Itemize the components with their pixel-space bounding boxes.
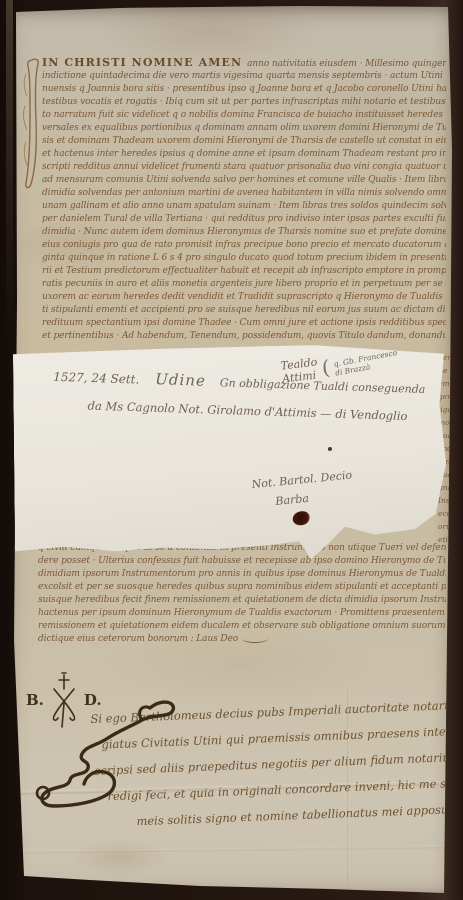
manuscript-line: et pertinentibus · Ad habendum, Tenendum… (42, 330, 446, 343)
manuscript-line: uxorem ac eorum heredes dedit vendidit e… (42, 291, 446, 304)
manuscript-line: excolsit et per se suosque heredes quibu… (38, 581, 446, 594)
manuscript-line: ad mensuram comunis Utini solvenda salvo… (42, 174, 446, 187)
opening-line-text: anno nativitatis eiusdem · Millesimo qui… (247, 59, 446, 69)
opening-line: IN CHRISTI NOMINE AMENanno nativitatis e… (42, 55, 446, 70)
manuscript-line: scripti redditus annui videlicet frument… (42, 161, 446, 174)
slip-note-text: Gn obbligazione Tualdi conseguenda (220, 376, 426, 396)
manuscript-line: ginta quinque in ratione L 6 s 4 pro sin… (42, 252, 446, 265)
fold-crease (14, 845, 446, 853)
manuscript-line: redituum spectantium ipsi domine Thadee … (42, 317, 446, 330)
closing-line: dictique eius ceterorum bonorum : Laus D… (38, 633, 446, 646)
manuscript-line: ratis pecuniis in auro et aliis monetis … (42, 278, 446, 291)
manuscript-line: rii et Testium predictorum effectualiter… (42, 265, 446, 278)
latin-text-block-top: IN CHRISTI NOMINE AMENanno nativitatis e… (42, 55, 446, 343)
manuscript-line: dimidia solvendas per antonium martini d… (42, 187, 446, 200)
slip-notary-note: Not. Bartol. Decio Barba (251, 468, 354, 510)
illuminated-initial-icon (22, 56, 42, 192)
manuscript-line: to narratum fuit sic videlicet q o nobil… (42, 109, 446, 122)
slip-date: 1527, 24 Sett. (53, 370, 139, 387)
ink-dot (328, 447, 332, 451)
fragment: eccians (438, 507, 462, 520)
manuscript-line: dere posset · Ulterius confessus fuit ha… (38, 555, 446, 568)
manuscript-line: per danielem Tural de villa Tertiana · q… (42, 213, 446, 226)
fragment: Instrumen (438, 494, 462, 507)
manuscript-line: suisque heredibus fecit finem remissione… (38, 594, 446, 607)
fragment: gena (438, 390, 462, 403)
manuscript-line: nuensis q Joannis bora sitis · presentib… (42, 83, 446, 96)
page-edge-highlight (6, 0, 13, 340)
manuscript-line: eius coniugis pro qua de rato promisit i… (42, 239, 446, 252)
manuscript-line: indictione quintadecima die vero martis … (42, 70, 446, 83)
fragment: ligarant (438, 403, 462, 416)
manuscript-line: sis et dominam Thadeam uxorem domini Hie… (42, 135, 446, 148)
notarial-flourish-icon (30, 694, 180, 812)
manuscript-line: hactenus per ipsum dominum Hieronymum de… (38, 607, 446, 620)
white-slip: Tealdo Attimi ( q. Gb. Francesco di Braz… (13, 344, 447, 565)
photo-backdrop: IN CHRISTI NOMINE AMENanno nativitatis e… (0, 0, 463, 900)
slip-second-note: da Ms Cagnolo Not. Girolamo d'Attimis — … (87, 399, 407, 424)
manuscript-line: versales ex equalibus portionibus q domi… (42, 122, 446, 135)
latin-text-block-bottom: q civili cumque nil quibus se a contenti… (38, 542, 446, 646)
slip-notary-surname: Barba (275, 487, 355, 508)
ink-blot (293, 511, 310, 525)
manuscript-line: dimidia · Nunc autem idem dominus Hieron… (42, 226, 446, 239)
manuscript-line: unam gallinam et alio anno unam spatulam… (42, 200, 446, 213)
manuscript-line: et hactenus inter heredes ipsius q domin… (42, 148, 446, 161)
slip-notary-name: Not. Bartol. Decio (251, 468, 353, 491)
manuscript-line: testibus vocatis et rogatis · Ibiq cum s… (42, 96, 446, 109)
slip-place: Udine (155, 370, 206, 390)
closing-line-text: dictique eius ceterorum bonorum : Laus D… (38, 634, 238, 644)
manuscript-line: dimidiam ipsorum Instrumentorum pro anni… (38, 568, 446, 581)
manuscript-line: ti stipulanti ementi et accipienti pro s… (42, 304, 446, 317)
fragment: orum (438, 520, 462, 533)
manuscript-line: remissionem et quietationem eidem ducale… (38, 620, 446, 633)
invocation-heading: IN CHRISTI NOMINE AMEN (42, 56, 242, 69)
closing-swash-icon (242, 634, 268, 643)
